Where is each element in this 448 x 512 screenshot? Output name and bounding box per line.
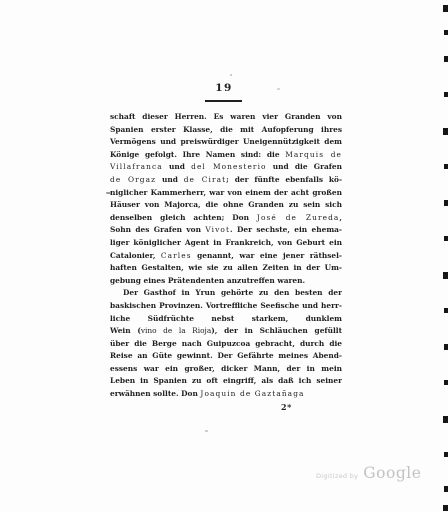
scan-edge-tick [443, 5, 448, 12]
text-line: liger königlicher Agent in Frankreich, v… [110, 237, 342, 250]
scan-edge-tick [444, 486, 448, 492]
text-segment: , [339, 213, 342, 222]
text-line: Catalonier, Carles genannt, war eine jen… [110, 250, 342, 263]
text-line: liche Südfrüchte nebst starkem, dunklem … [110, 313, 342, 326]
text-segment: ; der fünfte ebenfalls kö- [226, 175, 342, 184]
text-line: haften Gestalten, wie sie zu allen Zeite… [110, 262, 342, 275]
text-segment: Könige gefolgt. Ihre Namen sind: die [110, 150, 285, 159]
text-line: über die Berge nach Guipuzcoa gebracht, … [110, 338, 342, 351]
text-segment: und [163, 162, 191, 171]
text-segment: haften Gestalten, wie sie zu allen Zeite… [110, 263, 342, 272]
text-segment: schaft dieser Herren. Es waren vier Gran… [110, 112, 342, 121]
scan-speck [230, 74, 232, 76]
text-line: essens war ein großer, dicker Mann, der … [110, 363, 342, 376]
text-segment: liger königlicher Agent in Frankreich, v… [110, 238, 342, 247]
text-segment-latin: de Orgaz [110, 175, 156, 184]
text-line: schaft dieser Herren. Es waren vier Gran… [110, 111, 342, 124]
text-line: niglicher Kammerherr, war von einem der … [110, 187, 342, 200]
text-segment: Reise an Güte gewinnt. Der Gefährte mein… [110, 351, 342, 360]
scan-edge-tick [444, 308, 448, 313]
scan-edge-tick [444, 164, 448, 169]
scan-edge-tick [444, 56, 448, 62]
watermark-prefix: Digitized by [316, 472, 358, 480]
scan-speck [205, 430, 208, 432]
text-segment: Spanien erster Klasse, die mit Aufopferu… [110, 125, 342, 137]
scan-edge-tick [444, 200, 448, 206]
scan-speck [106, 192, 111, 194]
text-segment-latin: Marquis de [285, 150, 342, 159]
text-line: erwähnen sollte. Don Joaquin de Gaztañag… [110, 388, 342, 401]
page-number-rule [205, 100, 242, 102]
text-line: Reise an Güte gewinnt. Der Gefährte mein… [110, 350, 342, 363]
scan-edge-tick [444, 452, 448, 457]
text-line: Villafranca und del Monesterio und die G… [110, 161, 342, 174]
text-segment: Sohn des Grafen von [110, 225, 205, 234]
scan-edge-tick [443, 128, 448, 135]
text-segment-latin: José de Zureda [257, 213, 339, 222]
scan-edge-tick [444, 236, 448, 241]
text-segment: Vermögens und preiswürdiger Uneigennützi… [110, 137, 342, 146]
text-line: Leben in Spanien zu oft eingriff, als da… [110, 375, 342, 388]
scan-edge-tick [444, 92, 448, 97]
text-segment: Catalonier, [110, 251, 161, 260]
text-segment: und die Grafen [267, 162, 342, 171]
text-segment-latin: de Cirat [184, 175, 226, 184]
text-segment-latin: Villafranca [110, 162, 163, 171]
text-line: Wein (vino de la Rioja), der in Schläuch… [110, 325, 342, 338]
text-segment: gebung eines Prätendenten anzutreffen wa… [110, 276, 305, 285]
scan-edge-tick [444, 30, 448, 35]
text-line: Der Gasthof in Yrun gehörte zu den beste… [110, 287, 342, 300]
scan-edge-tick [443, 416, 448, 423]
text-line: Spanien erster Klasse, die mit Aufopferu… [110, 124, 342, 137]
scan-speck [277, 88, 280, 90]
text-segment: Wein ( [110, 326, 141, 335]
google-logo: Google [363, 464, 421, 482]
text-segment: . Der sechste, ein ehema- [230, 225, 342, 234]
text-segment: Der Gasthof in Yrun gehörte zu den beste… [123, 288, 342, 297]
text-line: gebung eines Prätendenten anzutreffen wa… [110, 275, 342, 288]
scanned-book-page: { "page": { "number": "19", "signature_m… [0, 0, 448, 512]
scan-edge-tick [443, 272, 448, 279]
text-segment: ), der in Schläuchen gefüllt [211, 326, 342, 335]
text-segment: erwähnen sollte. Don [110, 389, 200, 398]
text-line: Könige gefolgt. Ihre Namen sind: die Mar… [110, 149, 342, 162]
text-segment-latin: Joaquin de Gaztañaga [200, 389, 304, 398]
text-segment: Leben in Spanien zu oft eingriff, als da… [110, 376, 342, 388]
text-segment: über die Berge nach Guipuzcoa gebracht, … [110, 339, 342, 348]
text-line: denselben gleich achten; Don José de Zur… [110, 212, 342, 225]
text-line: Vermögens und preiswürdiger Uneigennützi… [110, 136, 342, 149]
signature-mark: 2* [281, 402, 292, 412]
text-segment-latin: Carles [161, 251, 192, 260]
text-segment: genannt, war eine jener räthsel- [192, 251, 342, 260]
text-segment: liche Südfrüchte nebst starkem, dunklem … [110, 314, 342, 326]
text-segment: essens war ein großer, dicker Mann, der … [110, 364, 342, 376]
page-number: 19 [0, 82, 448, 94]
text-segment: und [156, 175, 184, 184]
body-text: schaft dieser Herren. Es waren vier Gran… [110, 111, 342, 401]
watermark: Digitized by Google [316, 464, 421, 482]
text-segment: denselben gleich achten; Don [110, 213, 257, 222]
text-line: baskischen Provinzen. Vortreffliche Seef… [110, 300, 342, 313]
text-segment: baskischen Provinzen. Vortreffliche Seef… [110, 301, 342, 310]
text-segment-latin: vino de la Rioja [141, 326, 211, 335]
text-segment-latin: del Monesterio [191, 162, 266, 171]
text-line: Sohn des Grafen von Vivot. Der sechste, … [110, 224, 342, 237]
text-segment-latin: Vivot [205, 225, 230, 234]
text-segment: niglicher Kammerherr, war von einem der … [110, 188, 342, 197]
text-line: Häuser von Majorca, die ohne Granden zu … [110, 199, 342, 212]
scan-edge-tick [444, 380, 448, 385]
text-line: de Orgaz und de Cirat; der fünfte ebenfa… [110, 174, 342, 187]
text-segment: Häuser von Majorca, die ohne Granden zu … [110, 200, 342, 209]
scan-edge-tick [443, 505, 448, 511]
scan-edge-tick [444, 344, 448, 350]
